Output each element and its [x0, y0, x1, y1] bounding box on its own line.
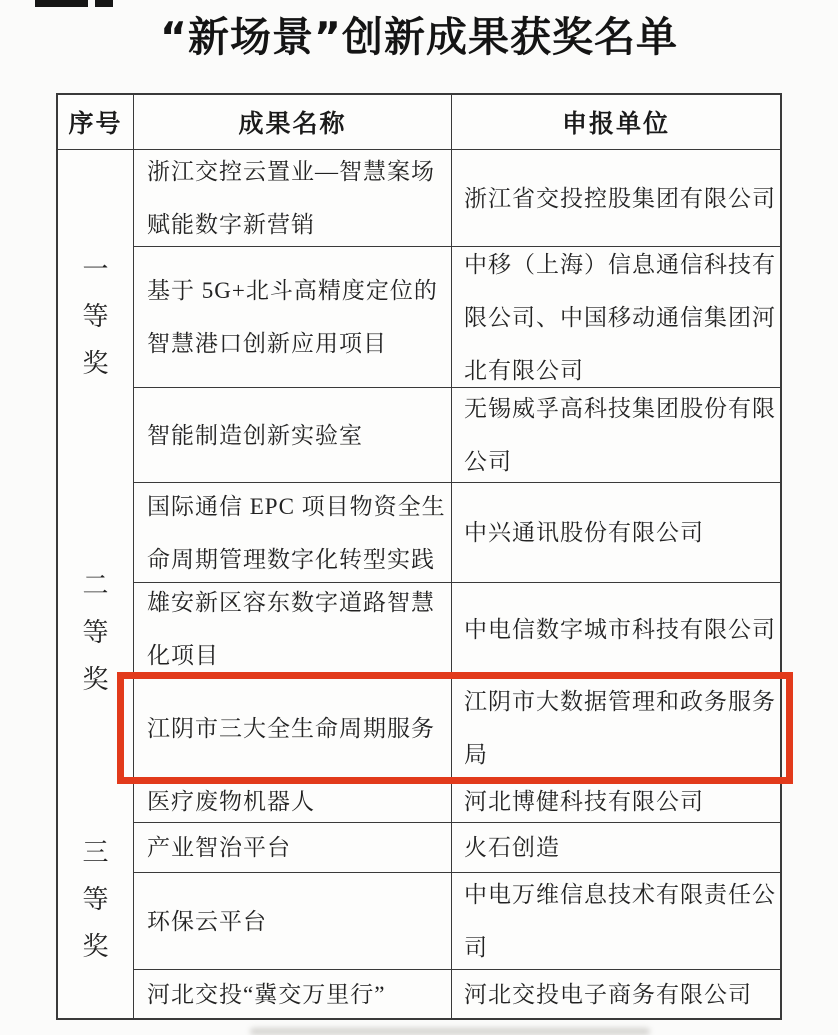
table-row: 产业智治平台 火石创造: [134, 823, 780, 873]
result-name-cell: 产业智治平台: [134, 823, 452, 872]
result-name-cell: 智能制造创新实验室: [134, 388, 452, 482]
table-row: 国际通信 EPC 项目物资全生 命周期管理数字化转型实践 中兴通讯股份有限公司: [134, 483, 780, 583]
table-row: 智能制造创新实验室 无锡威孚高科技集团股份有限 公司: [134, 388, 780, 483]
result-name-cell: 医疗废物机器人: [134, 781, 452, 822]
award-cell-second-prize: 二等奖: [58, 483, 134, 781]
table-header: 序号 成果名称 申报单位: [58, 95, 780, 150]
result-name-cell: 雄安新区容东数字道路智慧 化项目: [134, 583, 452, 675]
unit-cell: 河北交投电子商务有限公司: [452, 970, 780, 1018]
result-name-cell: 基于 5G+北斗高精度定位的 智慧港口创新应用项目: [134, 247, 452, 387]
section-first-prize: 一等奖 浙江交控云置业—智慧案场 赋能数字新营销 浙江省交投控股集团有限公司 基…: [58, 150, 780, 483]
bottom-scan-artifact: [250, 1028, 650, 1035]
header-index: 序号: [58, 95, 134, 149]
result-name-cell: 河北交投“冀交万里行”: [134, 970, 452, 1018]
page-title: “新场景”创新成果获奖名单: [0, 4, 838, 63]
section-second-prize: 二等奖 国际通信 EPC 项目物资全生 命周期管理数字化转型实践 中兴通讯股份有…: [58, 483, 780, 781]
unit-cell: 江阴市大数据管理和政务服务 局: [452, 676, 780, 780]
unit-cell: 无锡威孚高科技集团股份有限 公司: [452, 388, 780, 482]
result-name-cell: 浙江交控云置业—智慧案场 赋能数字新营销: [134, 150, 452, 246]
award-label: 一等奖: [79, 246, 113, 387]
results-table: 序号 成果名称 申报单位 一等奖 浙江交控云置业—智慧案场 赋能数字新营销 浙江…: [56, 93, 782, 1020]
header-result-name: 成果名称: [134, 95, 452, 149]
result-name-cell: 国际通信 EPC 项目物资全生 命周期管理数字化转型实践: [134, 483, 452, 582]
unit-cell: 中兴通讯股份有限公司: [452, 483, 780, 582]
unit-cell: 浙江省交投控股集团有限公司: [452, 150, 780, 246]
table-row: 基于 5G+北斗高精度定位的 智慧港口创新应用项目 中移（上海）信息通信科技有 …: [134, 247, 780, 388]
table-row: 河北交投“冀交万里行” 河北交投电子商务有限公司: [134, 970, 780, 1018]
award-label: 三等奖: [79, 829, 113, 970]
unit-cell: 中电信数字城市科技有限公司: [452, 583, 780, 675]
header-unit: 申报单位: [452, 95, 780, 149]
table-row-highlighted: 江阴市三大全生命周期服务 江阴市大数据管理和政务服务 局: [134, 676, 780, 781]
table-row: 浙江交控云置业—智慧案场 赋能数字新营销 浙江省交投控股集团有限公司: [134, 150, 780, 247]
table-row: 医疗废物机器人 河北博健科技有限公司: [134, 781, 780, 823]
result-name-cell: 江阴市三大全生命周期服务: [134, 676, 452, 780]
section-third-prize: 三等奖 医疗废物机器人 河北博健科技有限公司 产业智治平台 火石创造 环保云平台…: [58, 781, 780, 1018]
unit-cell: 河北博健科技有限公司: [452, 781, 780, 822]
result-name-cell: 环保云平台: [134, 873, 452, 969]
table-row: 环保云平台 中电万维信息技术有限责任公 司: [134, 873, 780, 970]
table-row: 雄安新区容东数字道路智慧 化项目 中电信数字城市科技有限公司: [134, 583, 780, 676]
unit-cell: 火石创造: [452, 823, 780, 872]
award-label: 二等奖: [79, 562, 113, 703]
award-cell-first-prize: 一等奖: [58, 150, 134, 483]
award-cell-third-prize: 三等奖: [58, 781, 134, 1018]
unit-cell: 中电万维信息技术有限责任公 司: [452, 873, 780, 969]
unit-cell: 中移（上海）信息通信科技有 限公司、中国移动通信集团河 北有限公司: [452, 247, 780, 387]
